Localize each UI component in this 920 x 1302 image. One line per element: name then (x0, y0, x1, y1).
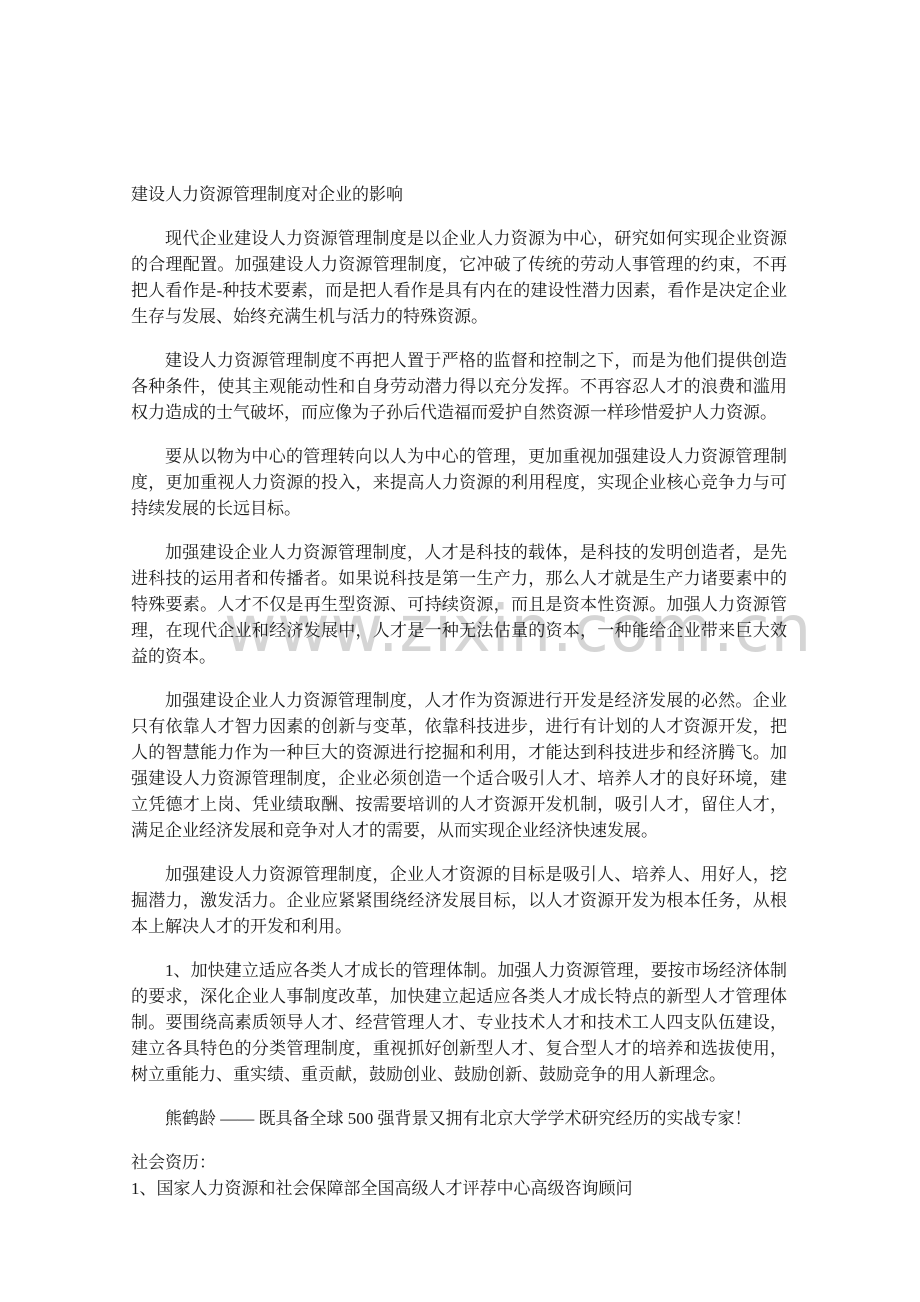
paragraph-item-1-management-system: 1、加快建立适应各类人才成长的管理体制。加强人力资源管理，要按市场经济体制的要求… (131, 958, 787, 1088)
document-body: 建设人力资源管理制度对企业的影响 现代企业建设人力资源管理制度是以企业人力资源为… (0, 0, 920, 1202)
paragraph-expert-intro: 熊鹤龄 —— 既具备全球 500 强背景又拥有北京大学学术研究经历的实战专家！ (131, 1106, 787, 1132)
paragraph-intro: 现代企业建设人力资源管理制度是以企业人力资源为中心，研究如何实现企业资源的合理配… (131, 226, 787, 330)
paragraph-talent-goal: 加强建设人力资源管理制度，企业人才资源的目标是吸引人、培养人、用好人，挖掘潜力，… (131, 862, 787, 940)
document-page: www.zixin.com.cn 建设人力资源管理制度对企业的影响 现代企业建设… (0, 0, 920, 1302)
paragraph-talent-development: 加强建设企业人力资源管理制度，人才作为资源进行开发是经济发展的必然。企业只有依靠… (131, 688, 787, 844)
paragraph-people-centered: 要从以物为中心的管理转向以人为中心的管理，更加重视加强建设人力资源管理制度，更加… (131, 444, 787, 522)
document-title: 建设人力资源管理制度对企业的影响 (131, 182, 787, 208)
label-social-credentials: 社会资历： (131, 1150, 787, 1176)
paragraph-talent-technology: 加强建设企业人力资源管理制度，人才是科技的载体，是科技的发明创造者，是先进科技的… (131, 540, 787, 670)
paragraph-supervision: 建设人力资源管理制度不再把人置于严格的监督和控制之下，而是为他们提供创造各种条件… (131, 348, 787, 426)
credential-item-1: 1、国家人力资源和社会保障部全国高级人才评荐中心高级咨询顾问 (131, 1176, 787, 1202)
